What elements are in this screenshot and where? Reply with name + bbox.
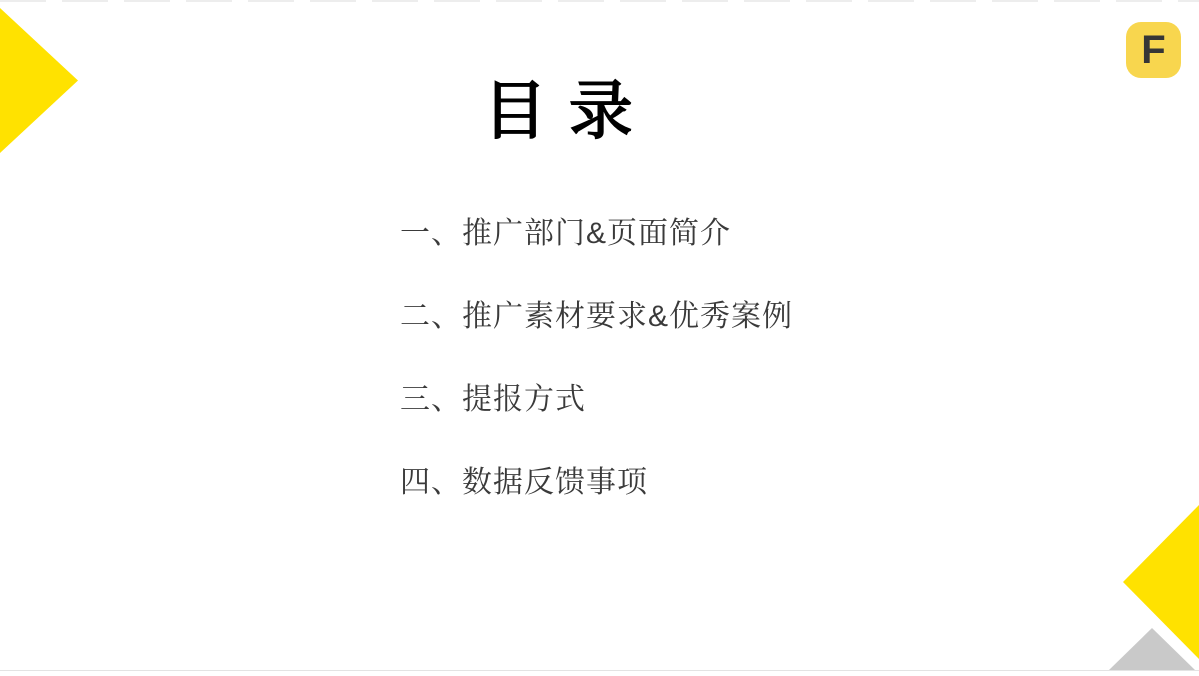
toc-item-3: 三、提报方式 — [400, 385, 793, 421]
toc-list: 一、推广部门&页面简介 二、推广素材要求&优秀案例 三、提报方式 四、数据反馈事… — [400, 219, 793, 551]
logo-badge: F — [1126, 22, 1181, 78]
logo-letter: F — [1141, 30, 1165, 70]
bottom-edge-hairline — [0, 670, 1199, 671]
toc-item-4: 四、数据反馈事项 — [400, 468, 793, 504]
slide-canvas: F 目 录 一、推广部门&页面简介 二、推广素材要求&优秀案例 三、提报方式 四… — [0, 0, 1199, 676]
page-title: 目 录 — [483, 76, 635, 146]
decor-diamond-bottom-right — [1123, 505, 1199, 659]
decor-triangle-top-left — [0, 8, 78, 153]
top-edge-hairline — [0, 0, 1199, 2]
toc-item-1: 一、推广部门&页面简介 — [400, 219, 793, 255]
toc-item-2: 二、推广素材要求&优秀案例 — [400, 302, 793, 338]
